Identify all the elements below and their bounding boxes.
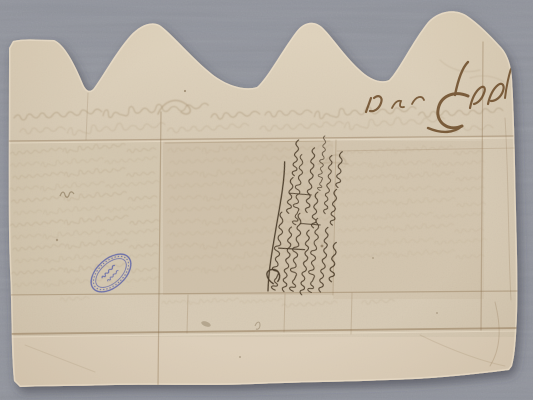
manuscript-photo (0, 0, 533, 400)
stain-speck (184, 90, 186, 92)
stain-speck (56, 239, 58, 241)
stain-speck (321, 245, 324, 248)
photo-stage (0, 0, 533, 400)
stain-speck (436, 312, 438, 314)
stain-speck (372, 257, 374, 259)
stain-speck (239, 356, 241, 358)
